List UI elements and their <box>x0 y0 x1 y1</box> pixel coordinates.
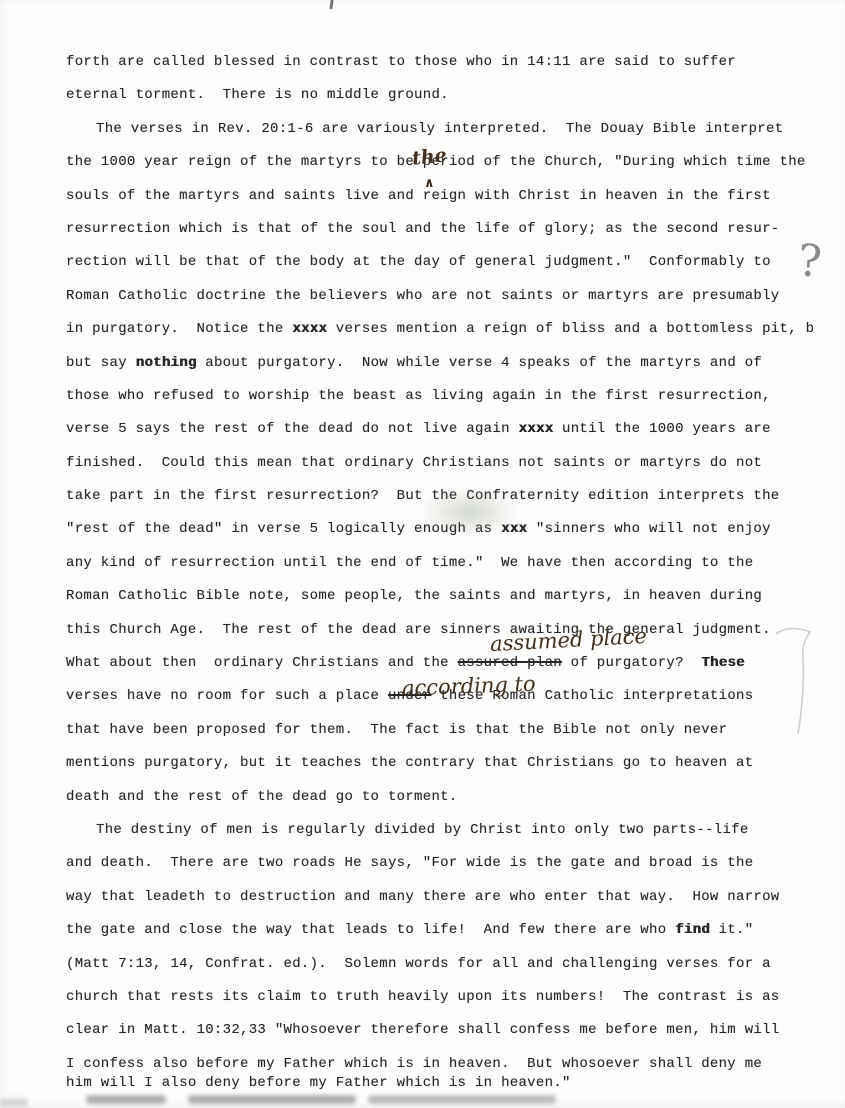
typed-text-segment: xxxx <box>292 321 327 337</box>
typed-line: rection will be that of the body at the … <box>66 246 826 279</box>
typed-text-segment: (Matt 7:13, 14, Confrat. ed.). Solemn wo… <box>66 956 771 972</box>
scan-edge-tick-mark <box>329 0 333 9</box>
typed-text-segment: nothing <box>136 355 197 371</box>
typed-text-segment: way that leadeth to destruction and many… <box>66 889 780 905</box>
erased-text-smudge <box>368 1095 556 1104</box>
typed-line: this Church Age. The rest of the dead ar… <box>66 614 826 647</box>
typed-text-segment: this Church Age. The rest of the dead ar… <box>66 622 771 638</box>
typed-text-segment: The destiny of men is regularly divided … <box>96 822 749 838</box>
handwritten-correction-according-to: according to <box>402 672 536 701</box>
typed-text-segment: The verses in Rev. 20:1-6 are variously … <box>96 121 783 137</box>
typed-line: Roman Catholic doctrine the believers wh… <box>66 280 826 313</box>
typed-text-segment: Roman Catholic Bible note, some people, … <box>66 588 762 604</box>
typed-line: eternal torment. There is no middle grou… <box>66 79 826 112</box>
typed-line: but say nothing about purgatory. Now whi… <box>66 347 826 380</box>
typed-line: death and the rest of the dead go to tor… <box>66 781 826 814</box>
typed-line: resurrection which is that of the soul a… <box>66 213 826 246</box>
typed-text-segment: it." <box>710 922 754 938</box>
typed-text-segment: xxxx <box>518 421 553 437</box>
typed-text-segment: about purgatory. Now while verse 4 speak… <box>197 355 763 371</box>
typed-line: way that leadeth to destruction and many… <box>66 881 826 914</box>
typed-line: the gate and close the way that leads to… <box>66 914 826 947</box>
typed-text-segment: mentions purgatory, but it teaches the c… <box>66 755 753 771</box>
typed-text-segment: What about then ordinary Christians and … <box>66 655 458 671</box>
typed-text-segment: him will I also deny before my Father wh… <box>66 1075 571 1091</box>
erased-text-smudge <box>188 1095 356 1104</box>
typed-line: that have been proposed for them. The fa… <box>66 714 826 747</box>
typed-text-segment: souls of the martyrs and saints live and… <box>66 188 771 204</box>
typed-line: verse 5 says the rest of the dead do not… <box>66 413 826 446</box>
erased-text-smudge <box>0 1098 28 1107</box>
typed-line: mentions purgatory, but it teaches the c… <box>66 747 826 780</box>
typed-line: clear in Matt. 10:32,33 "Whosoever there… <box>66 1014 826 1047</box>
typed-text-segment: and death. There are two roads He says, … <box>66 855 753 871</box>
typed-text-block: forth are called blessed in contrast to … <box>66 46 826 1101</box>
typed-text-segment: finished. Could this mean that ordinary … <box>66 455 762 471</box>
typed-text-segment: of purgatory? <box>562 655 701 671</box>
scanned-page: forth are called blessed in contrast to … <box>0 0 845 1108</box>
typed-line: The destiny of men is regularly divided … <box>66 814 826 847</box>
handwritten-margin-question-mark: ? <box>796 235 823 288</box>
typed-text-segment: those who refused to worship the beast a… <box>66 388 771 404</box>
typed-text-segment: find <box>675 922 710 938</box>
typed-text-segment: resurrection which is that of the soul a… <box>66 221 780 237</box>
typed-line: The verses in Rev. 20:1-6 are variously … <box>66 113 826 146</box>
typed-text-segment: verses have no room for such a place <box>66 688 388 704</box>
typed-line: Roman Catholic Bible note, some people, … <box>66 580 826 613</box>
ink-smudge <box>420 486 520 538</box>
typed-text-segment: assured plan <box>458 655 562 671</box>
typed-text-segment: until the 1000 years are <box>553 421 771 437</box>
typed-line: any kind of resurrection until the end o… <box>66 547 826 580</box>
typed-text-segment: Roman Catholic doctrine the believers wh… <box>66 288 780 304</box>
handwritten-caret-mark: ∧ <box>424 176 435 191</box>
typed-text-segment: forth are called blessed in contrast to … <box>66 54 736 70</box>
typed-text-segment: These <box>701 655 745 671</box>
typed-line: forth are called blessed in contrast to … <box>66 46 826 79</box>
typed-text-segment: but say <box>66 355 136 371</box>
typed-text-segment: in purgatory. Notice the <box>66 321 292 337</box>
typed-text-segment: verses mention a reign of bliss and a bo… <box>327 321 814 337</box>
typed-line: souls of the martyrs and saints live and… <box>66 180 826 213</box>
typed-text-segment: church that rests its claim to truth hea… <box>66 989 780 1005</box>
typed-text-segment: verse 5 says the rest of the dead do not… <box>66 421 518 437</box>
handwritten-insertion-word: the <box>411 144 448 170</box>
typed-text-segment: the gate and close the way that leads to… <box>66 922 675 938</box>
typed-line: finished. Could this mean that ordinary … <box>66 447 826 480</box>
typed-text-segment: clear in Matt. 10:32,33 "Whosoever there… <box>66 1022 780 1038</box>
typed-text-segment: eternal torment. There is no middle grou… <box>66 87 449 103</box>
typed-line: those who refused to worship the beast a… <box>66 380 826 413</box>
typed-text-segment: that have been proposed for them. The fa… <box>66 722 727 738</box>
typed-line: and death. There are two roads He says, … <box>66 847 826 880</box>
typed-text-segment: any kind of resurrection until the end o… <box>66 555 753 571</box>
typed-line: church that rests its claim to truth hea… <box>66 981 826 1014</box>
faint-margin-scribble <box>768 618 828 748</box>
typed-line: in purgatory. Notice the xxxx verses men… <box>66 313 826 346</box>
typed-text-segment: rection will be that of the body at the … <box>66 254 771 270</box>
typed-text-segment: death and the rest of the dead go to tor… <box>66 789 458 805</box>
typed-line: (Matt 7:13, 14, Confrat. ed.). Solemn wo… <box>66 948 826 981</box>
erased-text-smudge <box>86 1095 166 1104</box>
typed-text-segment: "sinners who will not enjoy <box>527 521 771 537</box>
